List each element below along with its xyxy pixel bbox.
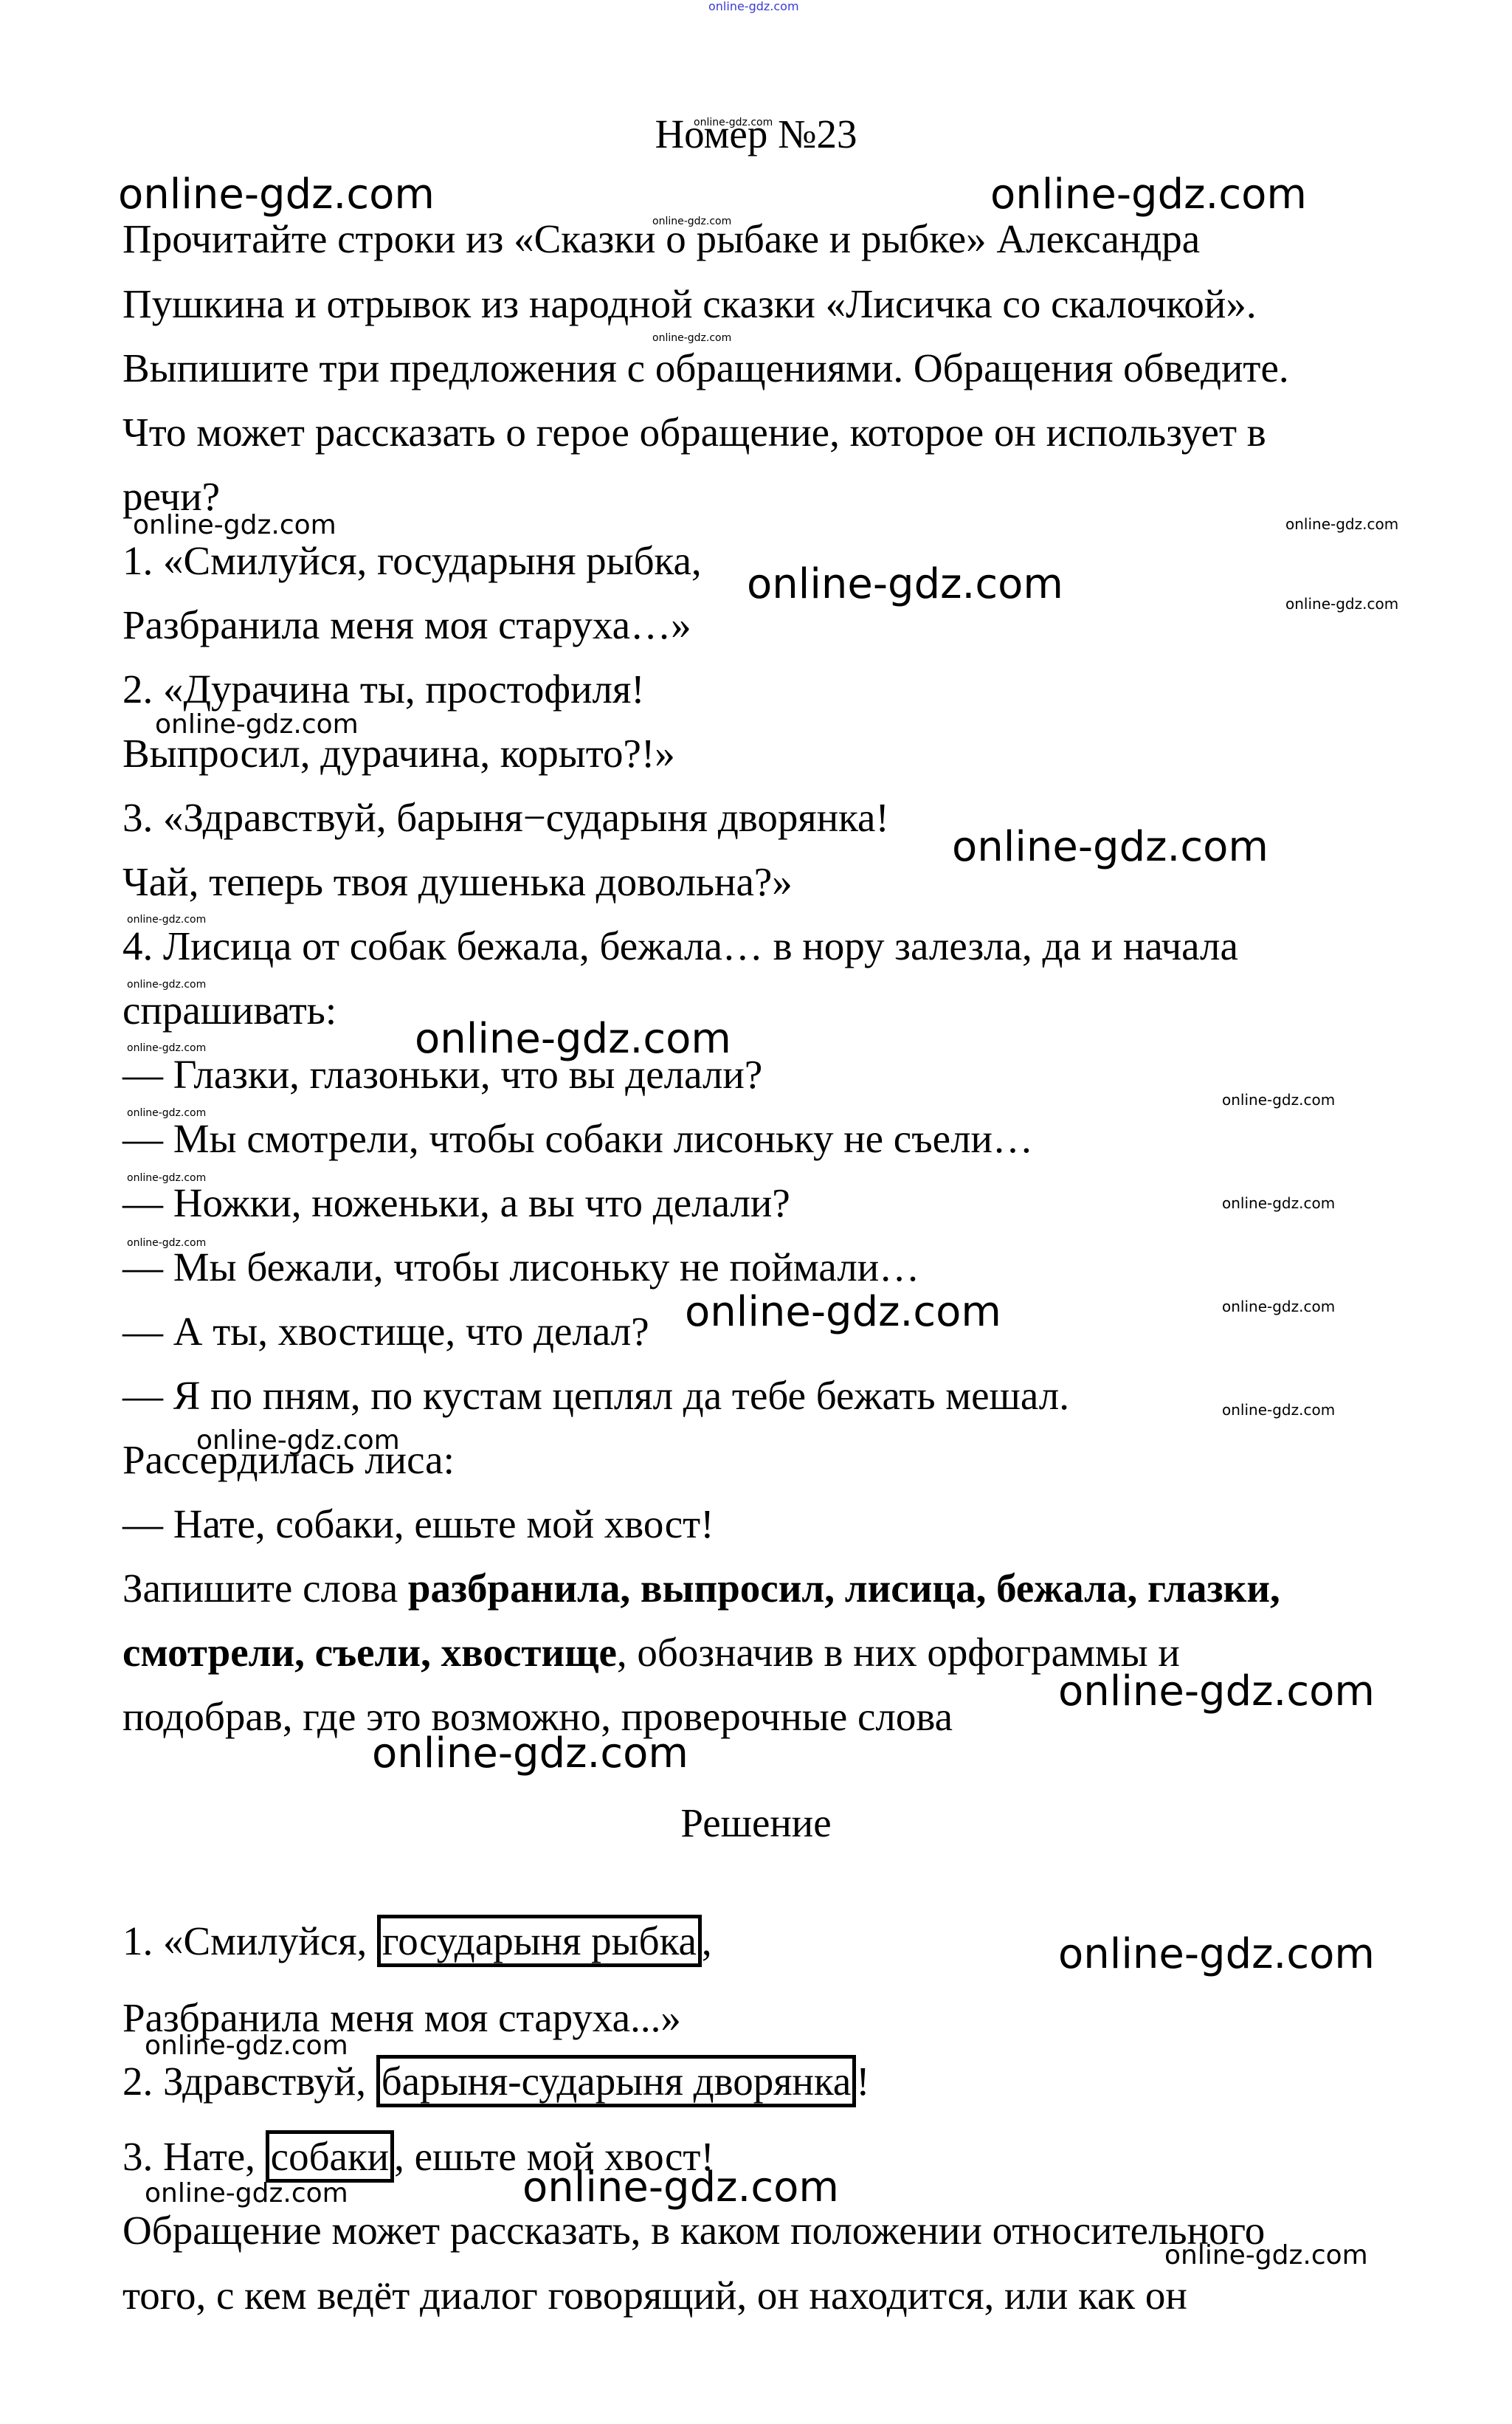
address-box: государыня рыбка	[377, 1915, 702, 1967]
prompt-line: речи?	[122, 473, 220, 520]
watermark: online-gdz.com	[990, 173, 1307, 217]
assignment-line: подобрав, где это возможно, проверочные …	[122, 1693, 953, 1740]
excerpt-line: Рассердилась лиса:	[122, 1436, 455, 1484]
excerpt-line: Чай, теперь твоя душенька довольна?»	[122, 858, 793, 906]
watermark: online-gdz.com	[685, 1290, 1001, 1335]
answer-text: !	[856, 2059, 869, 2104]
prompt-line: Пушкина и отрывок из народной сказки «Ли…	[122, 280, 1257, 328]
prompt-line: Выпишите три предложения с обращениями. …	[122, 345, 1289, 392]
excerpt-line: 3. «Здравствуй, барыня−сударыня дворянка…	[122, 794, 889, 841]
watermark: online-gdz.com	[1222, 1091, 1335, 1109]
assignment-words: смотрели, съели, хвостище	[122, 1630, 617, 1675]
assignment-text: , обозначив в них орфограммы и	[617, 1630, 1180, 1675]
prompt-line: Что может рассказать о герое обращение, …	[122, 409, 1266, 456]
assignment-words: разбранила, выпросил, лисица, бежала, гл…	[408, 1566, 1280, 1611]
excerpt-line: спрашивать:	[122, 987, 336, 1034]
watermark: online-gdz.com	[1222, 1194, 1335, 1212]
excerpt-line: — А ты, хвостище, что делал?	[122, 1308, 649, 1355]
excerpt-line: — Мы бежали, чтобы лисоньку не поймали…	[122, 1244, 919, 1291]
excerpt-line: — Ножки, ноженьки, а вы что делали?	[122, 1180, 790, 1227]
excerpt-line: — Глазки, глазоньки, что вы делали?	[122, 1051, 762, 1098]
watermark: online-gdz.com	[1058, 1670, 1375, 1714]
watermark: online-gdz.com	[652, 332, 731, 344]
assignment-line: Запишите слова разбранила, выпросил, лис…	[122, 1565, 1280, 1612]
watermark: online-gdz.com	[1222, 1298, 1335, 1315]
watermark: online-gdz.com	[118, 173, 435, 217]
address-box: собаки	[266, 2130, 394, 2183]
explanation-line: Обращение может рассказать, в каком поло…	[122, 2207, 1265, 2254]
prompt-line: Прочитайте строки из «Сказки о рыбаке и …	[122, 216, 1200, 263]
answer-line: Разбранила меня моя старуха...»	[122, 1994, 681, 2042]
watermark-top: online-gdz.com	[708, 0, 799, 13]
assignment-line: смотрели, съели, хвостище, обозначив в н…	[122, 1629, 1180, 1676]
excerpt-line: 4. Лисица от собак бежала, бежала… в нор…	[122, 923, 1238, 970]
watermark: online-gdz.com	[1058, 1932, 1375, 1977]
excerpt-line: Выпросил, дурачина, корыто?!»	[122, 730, 675, 777]
assignment-text: Запишите слова	[122, 1566, 408, 1611]
watermark: online-gdz.com	[1285, 595, 1398, 613]
answer-line: 1. «Смилуйся, государыня рыбка,	[122, 1918, 712, 1965]
watermark: online-gdz.com	[145, 2179, 348, 2208]
watermark: online-gdz.com	[1222, 1401, 1335, 1419]
answer-line: 3. Нате, собаки, ешьте мой хвост!	[122, 2133, 714, 2180]
document-page: online-gdz.com online-gdz.com online-gdz…	[0, 0, 1512, 2424]
answer-text: , ешьте мой хвост!	[394, 2134, 714, 2179]
excerpt-line: — Я по пням, по кустам цеплял да тебе бе…	[122, 1372, 1069, 1419]
watermark: online-gdz.com	[1285, 515, 1398, 533]
excerpt-line: 2. «Дурачина ты, простофиля!	[122, 666, 645, 713]
address-box: барыня-сударыня дворянка	[376, 2055, 857, 2107]
watermark: online-gdz.com	[952, 825, 1268, 870]
excerpt-line: — Мы смотрели, чтобы собаки лисоньку не …	[122, 1115, 1033, 1163]
explanation-line: того, с кем ведёт диалог говорящий, он н…	[122, 2272, 1187, 2319]
excerpt-line: Разбранила меня моя старуха…»	[122, 602, 691, 649]
watermark: online-gdz.com	[747, 562, 1063, 607]
answer-text: ,	[702, 1918, 712, 1963]
answer-line: 2. Здравствуй, барыня-сударыня дворянка!	[122, 2058, 870, 2105]
excerpt-line: 1. «Смилуйся, государыня рыбка,	[122, 537, 702, 585]
answer-text: 2. Здравствуй,	[122, 2059, 376, 2104]
answer-text: 1. «Смилуйся,	[122, 1918, 377, 1963]
answer-text: 3. Нате,	[122, 2134, 266, 2179]
solution-heading: Решение	[0, 1800, 1512, 1847]
task-title: Номер №23	[0, 111, 1512, 158]
excerpt-line: — Нате, собаки, ешьте мой хвост!	[122, 1501, 714, 1548]
